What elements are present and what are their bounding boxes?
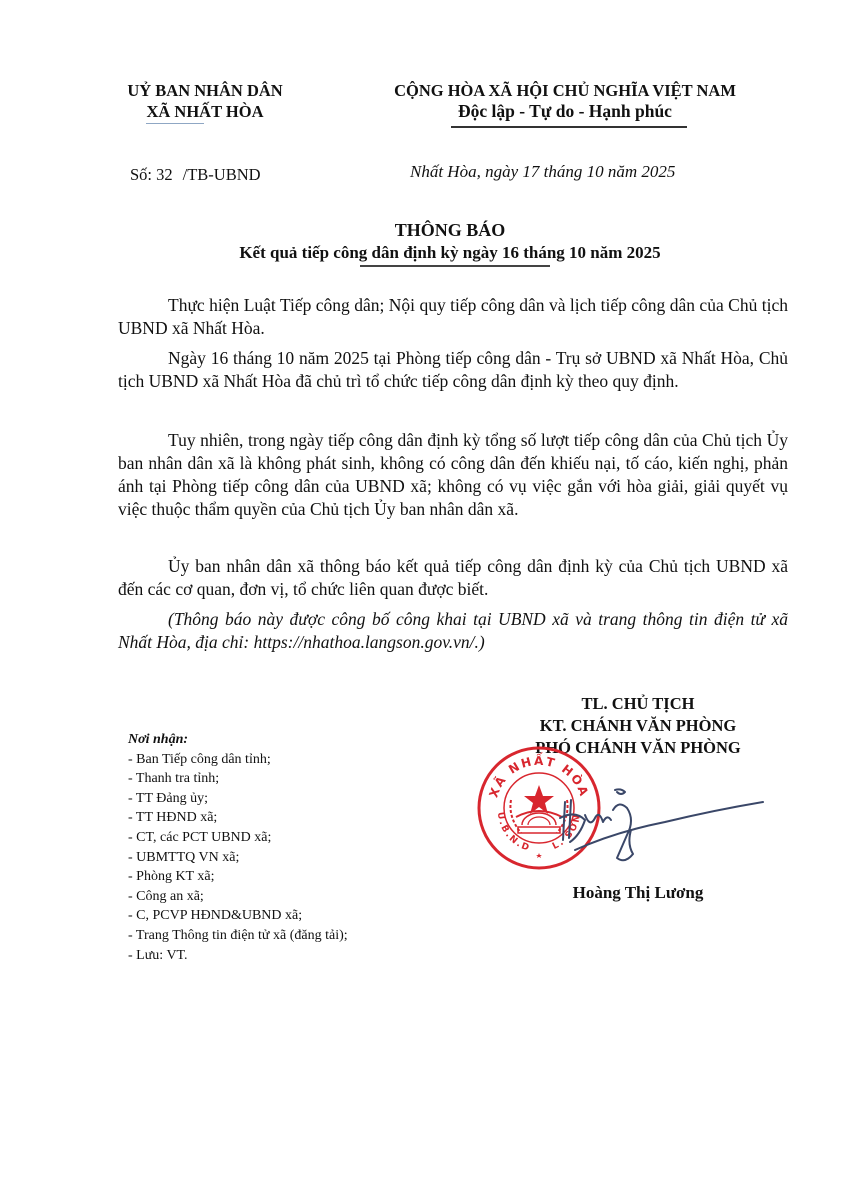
document-subtitle: Kết quả tiếp công dân định kỳ ngày 16 th… <box>100 242 800 264</box>
nation-name: CỘNG HÒA XÃ HỘI CHỦ NGHĨA VIỆT NAM <box>345 80 785 101</box>
issuing-agency: UỶ BAN NHÂN DÂN XÃ NHẤT HÒA <box>100 80 310 122</box>
document-number: Số: 32/TB-UBND <box>130 165 261 185</box>
recipient-item: - CT, các PCT UBND xã; <box>128 828 348 848</box>
paragraph-3: Tuy nhiên, trong ngày tiếp công dân định… <box>118 429 788 521</box>
recipient-item: - Thanh tra tỉnh; <box>128 769 348 789</box>
recipient-item: - Công an xã; <box>128 887 348 907</box>
paragraph-4: Ủy ban nhân dân xã thông báo kết quả tiế… <box>118 555 788 601</box>
document-title: THÔNG BÁO <box>100 218 800 242</box>
recipient-item: - Lưu: VT. <box>128 946 348 966</box>
national-header: CỘNG HÒA XÃ HỘI CHỦ NGHĨA VIỆT NAM Độc l… <box>345 80 785 122</box>
subtitle-underline <box>360 265 550 267</box>
agency-underline <box>146 123 204 124</box>
doc-number-suffix: /TB-UBND <box>183 165 261 184</box>
motto-underline <box>451 126 687 128</box>
recipient-item: - C, PCVP HĐND&UBND xã; <box>128 906 348 926</box>
place-date: Nhất Hòa, ngày 17 tháng 10 năm 2025 <box>410 162 675 182</box>
recipient-item: - Ban Tiếp công dân tỉnh; <box>128 750 348 770</box>
recipient-item: - TT Đảng ủy; <box>128 789 348 809</box>
agency-line-1: UỶ BAN NHÂN DÂN <box>100 80 310 101</box>
doc-number-prefix: Số: <box>130 165 152 184</box>
signature-title-2: KT. CHÁNH VĂN PHÒNG <box>478 715 798 737</box>
doc-number-value: 32 <box>156 165 173 184</box>
handwritten-signature-icon <box>555 780 770 870</box>
signature-title-1: TL. CHỦ TỊCH <box>478 693 798 715</box>
recipients-label: Nơi nhận: <box>128 730 348 750</box>
paragraph-2: Ngày 16 tháng 10 năm 2025 tại Phòng tiếp… <box>118 347 788 393</box>
recipients-list: Nơi nhận: - Ban Tiếp công dân tỉnh; - Th… <box>128 730 348 965</box>
signer-name: Hoàng Thị Lương <box>478 883 798 903</box>
agency-line-2: XÃ NHẤT HÒA <box>100 101 310 122</box>
recipient-item: - TT HĐND xã; <box>128 808 348 828</box>
recipient-item: - Phòng KT xã; <box>128 867 348 887</box>
recipient-item: - UBMTTQ VN xã; <box>128 848 348 868</box>
national-motto: Độc lập - Tự do - Hạnh phúc <box>345 101 785 122</box>
recipient-item: - Trang Thông tin điện tử xã (đăng tải); <box>128 926 348 946</box>
paragraph-1: Thực hiện Luật Tiếp công dân; Nội quy ti… <box>118 294 788 340</box>
paragraph-publication-note: (Thông báo này được công bố công khai tạ… <box>118 608 788 654</box>
